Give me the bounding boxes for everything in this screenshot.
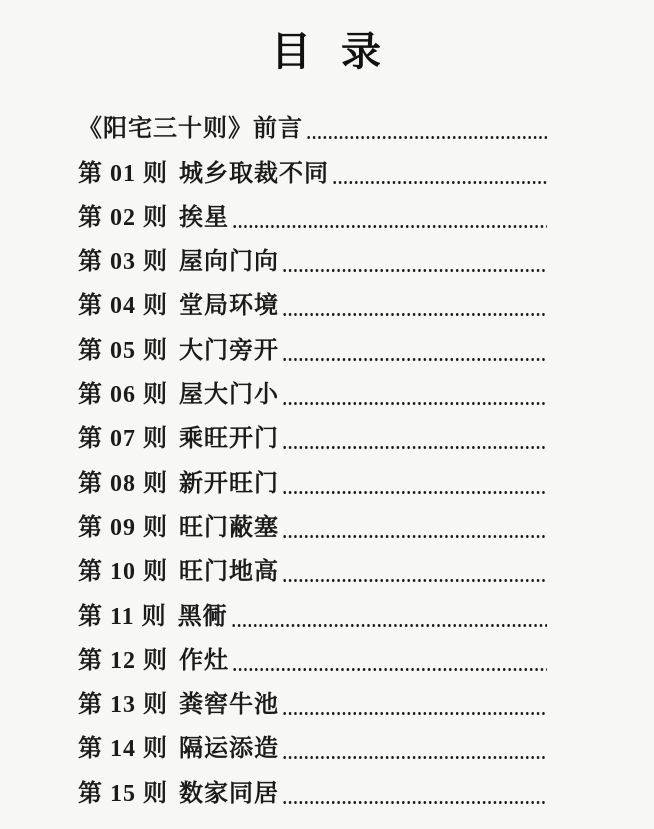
- dot-leader: [282, 800, 547, 805]
- toc-entry-number: 第 09 则: [78, 516, 168, 540]
- dot-leader: [306, 135, 547, 140]
- toc-entry-number: 第 08 则: [78, 472, 168, 496]
- toc-entry: 第 09 则 旺门蔽塞: [78, 505, 547, 549]
- dot-leader: [232, 667, 547, 672]
- dot-leader: [232, 224, 547, 229]
- toc-entry-title: 新开旺门: [179, 472, 279, 496]
- toc-entry-title: 大门旁开: [179, 339, 279, 363]
- dot-leader: [282, 357, 547, 362]
- toc-page: 目 录 《阳宅三十则》前言 第 01 则 城乡取裁不同 第 02 则 挨星 第 …: [0, 0, 654, 829]
- toc-entry: 《阳宅三十则》前言: [78, 106, 547, 150]
- toc-entry: 第 08 则 新开旺门: [78, 460, 547, 504]
- toc-entry-number: 第 11 则: [78, 605, 167, 629]
- toc-entry: 第 11 则 黑衕: [78, 593, 547, 637]
- toc-entry-title: 屋向门向: [179, 250, 279, 274]
- toc-entry: 第 15 则 数家同居: [78, 770, 547, 814]
- dot-leader: [282, 755, 547, 760]
- toc-entry-title: 隔运添造: [179, 737, 279, 761]
- toc-entry-title: 挨星: [179, 206, 229, 230]
- toc-entry-title: 屋大门小: [179, 383, 279, 407]
- toc-entry: 第 05 则 大门旁开: [78, 327, 547, 371]
- toc-entry-title: 旺门蔽塞: [179, 516, 279, 540]
- toc-entry-title: 旺门地高: [179, 560, 279, 584]
- toc-entry-title: 堂局环境: [179, 294, 279, 318]
- dot-leader: [282, 578, 547, 583]
- toc-entry: 第 13 则 粪窖牛池: [78, 682, 547, 726]
- toc-entry-number: 第 05 则: [78, 339, 168, 363]
- toc-entry-number: 第 01 则: [78, 162, 168, 186]
- dot-leader: [282, 490, 547, 495]
- toc-entry-number: 第 06 则: [78, 383, 168, 407]
- dot-leader: [332, 180, 547, 185]
- toc-entry: 第 12 则 作灶: [78, 638, 547, 682]
- toc-entry-number: 第 14 则: [78, 737, 168, 761]
- toc-entry-title: 乘旺开门: [179, 427, 279, 451]
- toc-entry-number: 第 10 则: [78, 560, 168, 584]
- document-page: { "page": { "title": "目 录" }, "toc": { "…: [0, 0, 654, 829]
- toc-entry-title: 数家同居: [179, 782, 279, 806]
- dot-leader: [282, 711, 547, 716]
- toc-entry-title: 黑衕: [178, 605, 228, 629]
- dot-leader: [282, 534, 547, 539]
- toc-entry-number: 第 02 则: [78, 206, 168, 230]
- toc-entry-number: 第 04 则: [78, 294, 168, 318]
- dot-leader: [282, 445, 547, 450]
- toc-entry: 第 06 则 屋大门小: [78, 372, 547, 416]
- toc-entry: 第 14 则 隔运添造: [78, 726, 547, 770]
- toc-entry: 第 01 则 城乡取裁不同: [78, 150, 547, 194]
- toc-entry: 第 03 则 屋向门向: [78, 239, 547, 283]
- toc-entry-title: 《阳宅三十则》前言: [78, 117, 303, 141]
- toc-entry-title: 城乡取裁不同: [179, 162, 329, 186]
- toc-entry-number: 第 07 则: [78, 427, 168, 451]
- toc-entry: 第 04 则 堂局环境: [78, 283, 547, 327]
- dot-leader: [231, 623, 547, 628]
- toc-entry-number: 第 15 则: [78, 782, 168, 806]
- toc-entry-title: 粪窖牛池: [179, 693, 279, 717]
- page-title: 目 录: [0, 0, 654, 74]
- dot-leader: [282, 312, 547, 317]
- toc-entry: 第 07 则 乘旺开门: [78, 416, 547, 460]
- toc-list: 《阳宅三十则》前言 第 01 则 城乡取裁不同 第 02 则 挨星 第 03 则…: [0, 106, 654, 815]
- dot-leader: [282, 401, 547, 406]
- toc-entry: 第 10 则 旺门地高: [78, 549, 547, 593]
- toc-entry: 第 02 则 挨星: [78, 195, 547, 239]
- toc-entry-title: 作灶: [179, 649, 229, 673]
- dot-leader: [282, 268, 547, 273]
- toc-entry-number: 第 12 则: [78, 649, 168, 673]
- toc-entry-number: 第 03 则: [78, 250, 168, 274]
- toc-entry-number: 第 13 则: [78, 693, 168, 717]
